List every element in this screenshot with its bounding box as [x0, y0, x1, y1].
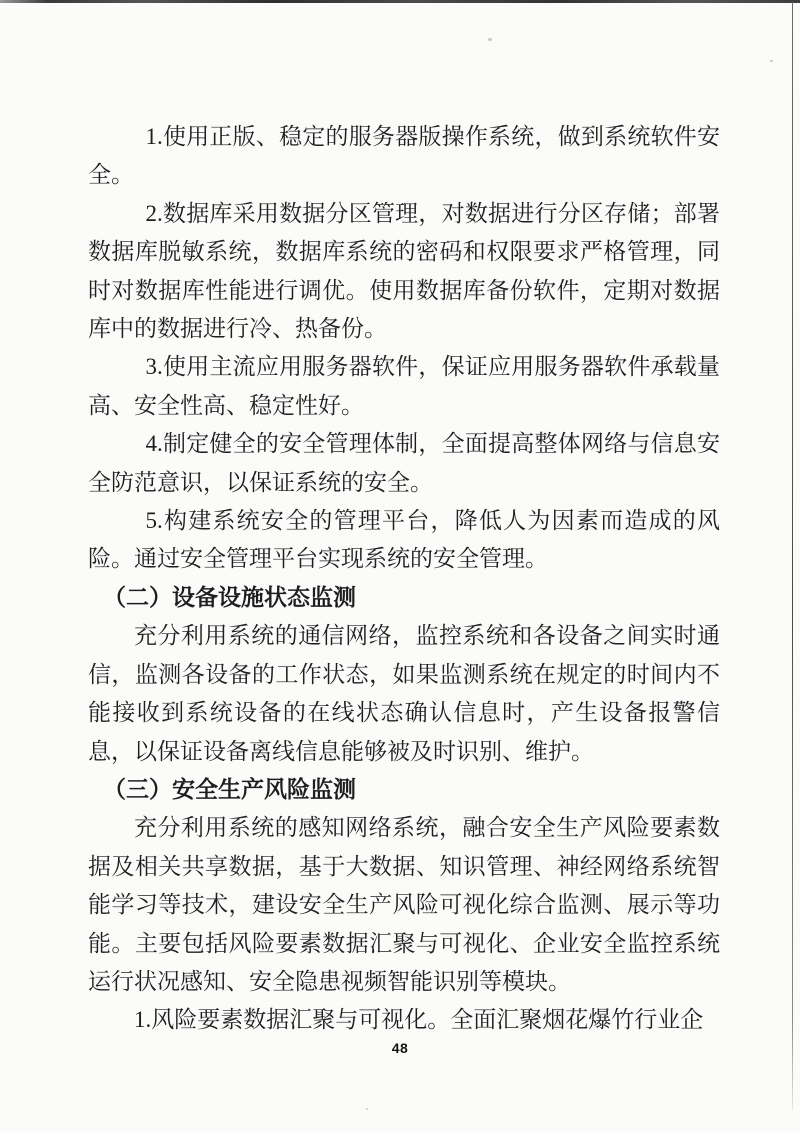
paragraph: 4.制定健全的安全管理体制，全面提高整体网络与信息安全防范意识，以保证系统的安全…	[88, 425, 720, 502]
page-number: 48	[0, 1040, 800, 1056]
scan-speck	[366, 1108, 368, 1110]
section-heading: （三）安全生产风险监测	[88, 771, 720, 809]
scan-top-edge-line	[0, 0, 800, 3]
scan-speck	[488, 38, 492, 41]
paragraph: 1.使用正版、稳定的服务器版操作系统，做到系统软件安全。	[88, 118, 720, 195]
paragraph: 充分利用系统的通信网络，监控系统和各设备之间实时通信，监测各设备的工作状态，如果…	[88, 617, 720, 771]
paragraph: 2.数据库采用数据分区管理，对数据进行分区存储；部署数据库脱敏系统，数据库系统的…	[88, 195, 720, 349]
paragraph: 1.风险要素数据汇聚与可视化。全面汇聚烟花爆竹行业企	[88, 1001, 720, 1039]
scan-speck	[770, 60, 773, 62]
paragraph: 3.使用主流应用服务器软件，保证应用服务器软件承载量高、安全性高、稳定性好。	[88, 348, 720, 425]
section-heading: （二）设备设施状态监测	[88, 579, 720, 617]
paragraph: 5.构建系统安全的管理平台，降低人为因素而造成的风险。通过安全管理平台实现系统的…	[88, 502, 720, 579]
document-body: 1.使用正版、稳定的服务器版操作系统，做到系统软件安全。2.数据库采用数据分区管…	[88, 118, 720, 1040]
scan-right-edge-line	[792, 2, 793, 1110]
paragraph: 充分利用系统的感知网络系统，融合安全生产风险要素数据及相关共享数据，基于大数据、…	[88, 809, 720, 1001]
